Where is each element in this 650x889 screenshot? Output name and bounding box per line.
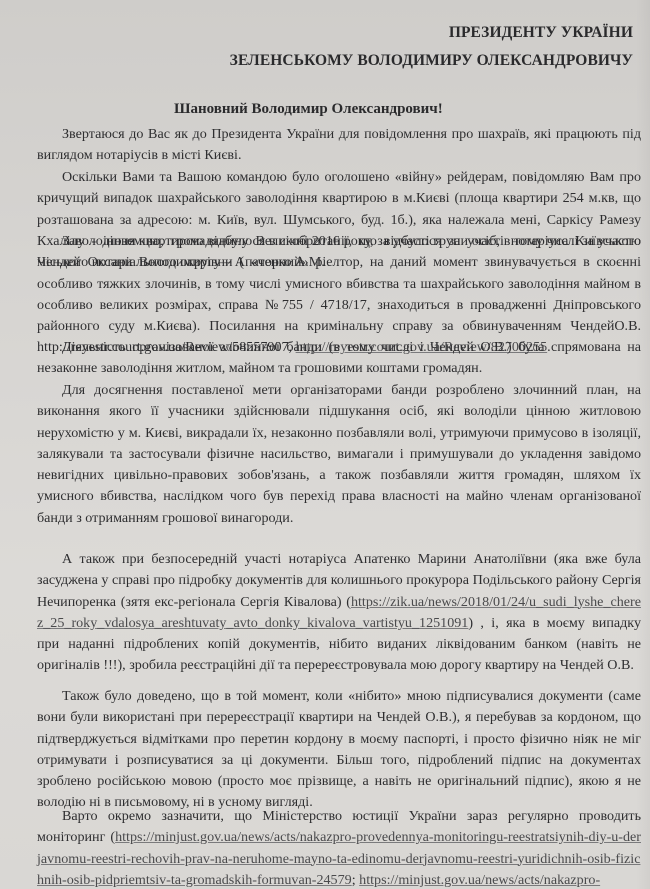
salutation: Шановний Володимир Олександрович! bbox=[174, 101, 443, 118]
letter-page: ПРЕЗИДЕНТУ УКРАЇНИ ЗЕЛЕНСЬКОМУ ВОЛОДИМИР… bbox=[0, 0, 650, 889]
minjust-monitoring-link-2[interactable]: https://minjust.gov.ua/news/acts/nakazpr… bbox=[359, 872, 600, 888]
paragraph-notary-involvement: А також при безпосередній участі нотаріу… bbox=[37, 549, 641, 677]
paragraph-gang-activity: Діяльність організованої злочинної банди… bbox=[37, 337, 641, 380]
addressee-name: ЗЕЛЕНСЬКОМУ ВОЛОДИМИРУ ОЛЕКСАНДРОВИЧУ bbox=[230, 52, 633, 70]
paragraph-criminal-plan: Для досягнення поставленої мети організа… bbox=[37, 380, 641, 529]
paragraph-ministry-monitoring: Варто окремо зазначити, що Міністерство … bbox=[37, 806, 641, 889]
addressee-title: ПРЕЗИДЕНТУ УКРАЇНИ bbox=[449, 24, 633, 42]
paragraph-intro: Звертаюся до Вас як до Президента Україн… bbox=[37, 124, 641, 167]
paragraph-forged-signature: Також було доведено, що в той момент, ко… bbox=[37, 686, 641, 814]
